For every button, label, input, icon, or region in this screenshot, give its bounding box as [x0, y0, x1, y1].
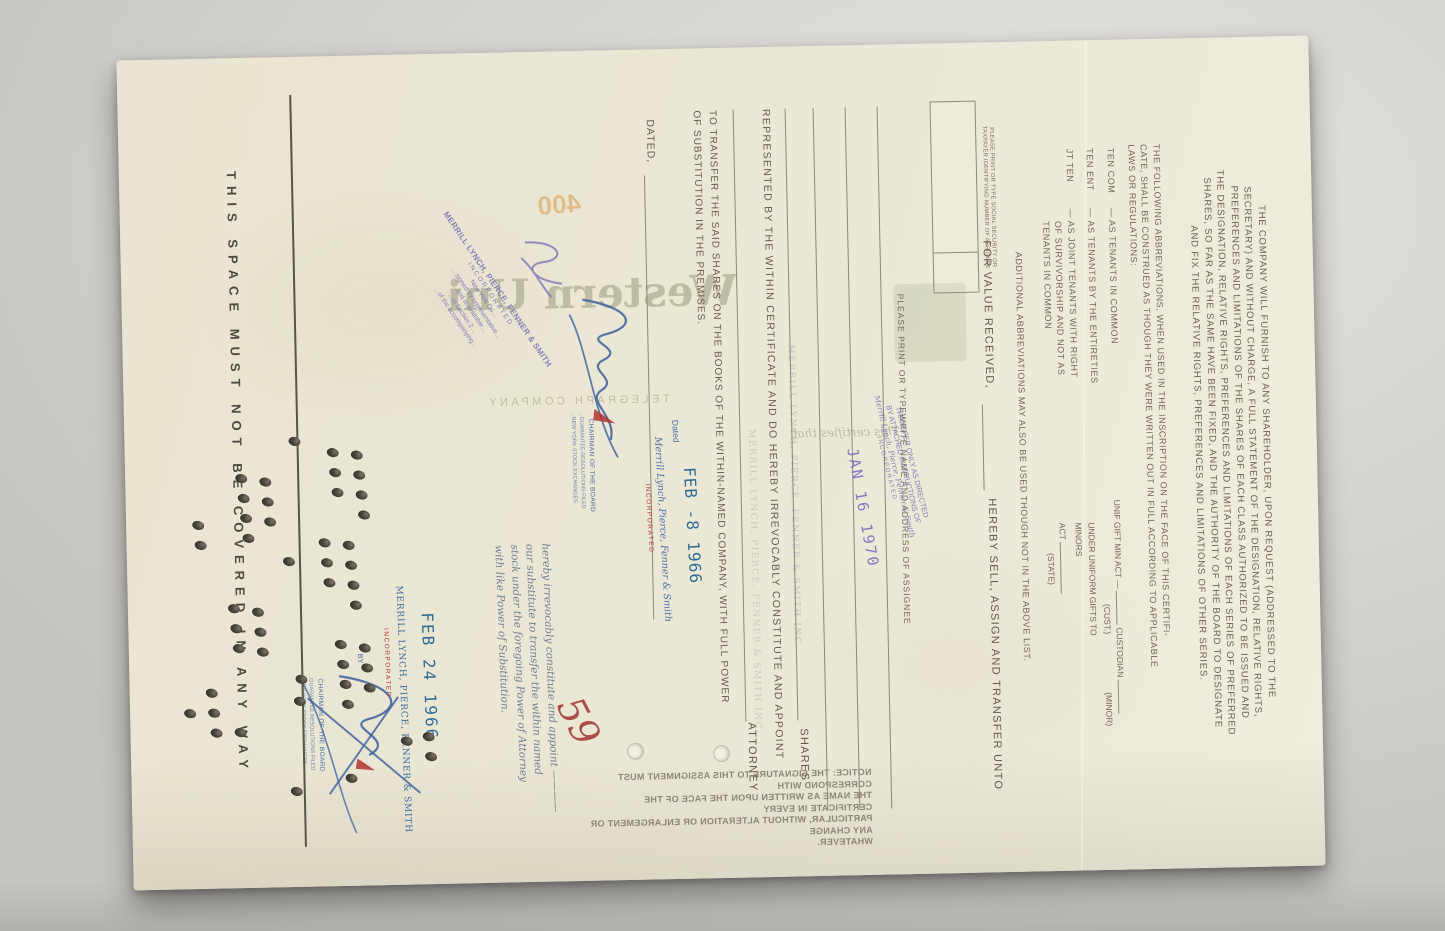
- punch-hole: [290, 786, 304, 797]
- ssn-entry-box: [929, 101, 979, 294]
- punch-hole: [320, 557, 334, 568]
- assignment-form: THE COMPANY WILL FURNISH TO ANY SHAREHOL…: [133, 66, 1309, 860]
- punch-hole: [358, 642, 372, 653]
- punch-hole: [350, 449, 364, 460]
- jan-16-1970-date-stamp: JAN 16 1970: [843, 446, 882, 569]
- punch-hole: [251, 607, 265, 618]
- abbr-ten-ent: TEN ENT: [1083, 148, 1097, 208]
- punch-hole: [344, 560, 358, 571]
- furnish-paragraph: THE COMPANY WILL FURNISH TO ANY SHAREHOL…: [1185, 102, 1281, 804]
- punch-hole: [263, 516, 277, 527]
- punch-hole: [288, 436, 302, 447]
- abbr-ten-com: TEN COM: [1104, 148, 1118, 208]
- shares-label: SHARES: [798, 728, 811, 781]
- punch-hole: [183, 708, 197, 719]
- punch-hole: [347, 580, 361, 591]
- abbr-jt-ten: JT TEN: [1063, 149, 1077, 209]
- punch-hole: [352, 469, 366, 480]
- punch-hole: [194, 540, 208, 551]
- dated-label: DATED,: [644, 119, 657, 163]
- additional-abbreviations-note: ADDITIONAL ABBREVIATIONS MAY ALSO BE USE…: [1009, 107, 1036, 807]
- punch-hole: [254, 626, 268, 637]
- punch-hole-light: [714, 746, 729, 761]
- punch-hole: [326, 447, 340, 458]
- punch-hole: [349, 599, 363, 610]
- signature-scrawl-icon: [544, 287, 659, 509]
- punch-hole: [355, 489, 369, 500]
- assignor-blank-line: [982, 405, 985, 491]
- punch-hole: [191, 520, 205, 531]
- unif-gift-block: UNIF GIFT MIN ACT — CUSTODIAN (CUST.)(MI…: [1045, 500, 1129, 728]
- punch-hole: [207, 707, 221, 718]
- punch-hole: [331, 487, 345, 498]
- substitute-power-stamp: hereby irrevocably constitute and appoin…: [490, 543, 562, 814]
- punch-hole: [334, 639, 348, 650]
- punch-hole: [357, 509, 371, 520]
- punch-hole: [205, 687, 219, 698]
- transfer-only-stamp: TRANSFER ONLY AS DIRECTED BY ATTACHED IN…: [864, 390, 935, 541]
- transfer-clause-line-1: TO TRANSFER THE SAID SHARES ON THE BOOKS…: [707, 110, 730, 704]
- abbreviations-list: TEN COM— AS TENANTS IN COMMON TEN ENT— A…: [1038, 148, 1121, 385]
- abbreviations-intro: THE FOLLOWING ABBREVIATIONS, WHEN USED I…: [1125, 144, 1175, 745]
- transfer-clause-line-2: OF SUBSTITUTION IN THE PREMISES.: [691, 110, 706, 325]
- ssn-box-label: PLEASE PRINT OR TYPE SOCIAL SECURITY OR …: [980, 102, 998, 292]
- stock-certificate-back: Western Uni TELEGRAPH COMPANY This certi…: [116, 36, 1325, 891]
- punch-hole: [318, 537, 332, 548]
- punch-hole: [323, 577, 337, 588]
- punch-hole-light: [628, 744, 643, 759]
- punch-hole: [261, 496, 275, 507]
- punch-hole: [282, 556, 296, 567]
- assignee-line-3: [813, 108, 829, 810]
- punch-hole: [210, 727, 224, 738]
- faint-firm-stamp-1: MERRILL LYNCH, PIERCE, FENNER & SMITH IN…: [786, 344, 802, 649]
- punch-hole: [258, 476, 272, 487]
- hereby-sell-label: HEREBY SELL, ASSIGN AND TRANSFER UNTO: [986, 498, 1004, 790]
- punch-hole: [328, 467, 342, 478]
- punch-hole: [256, 646, 270, 657]
- faint-firm-stamp-2: MERRILL LYNCH, PIERCE, FENNER & SMITH IN…: [746, 429, 762, 734]
- attorney-line: [733, 110, 747, 722]
- punch-hole: [342, 540, 356, 551]
- represented-by-label: REPRESENTED BY THE WITHIN CERTIFICATE AN…: [760, 109, 786, 760]
